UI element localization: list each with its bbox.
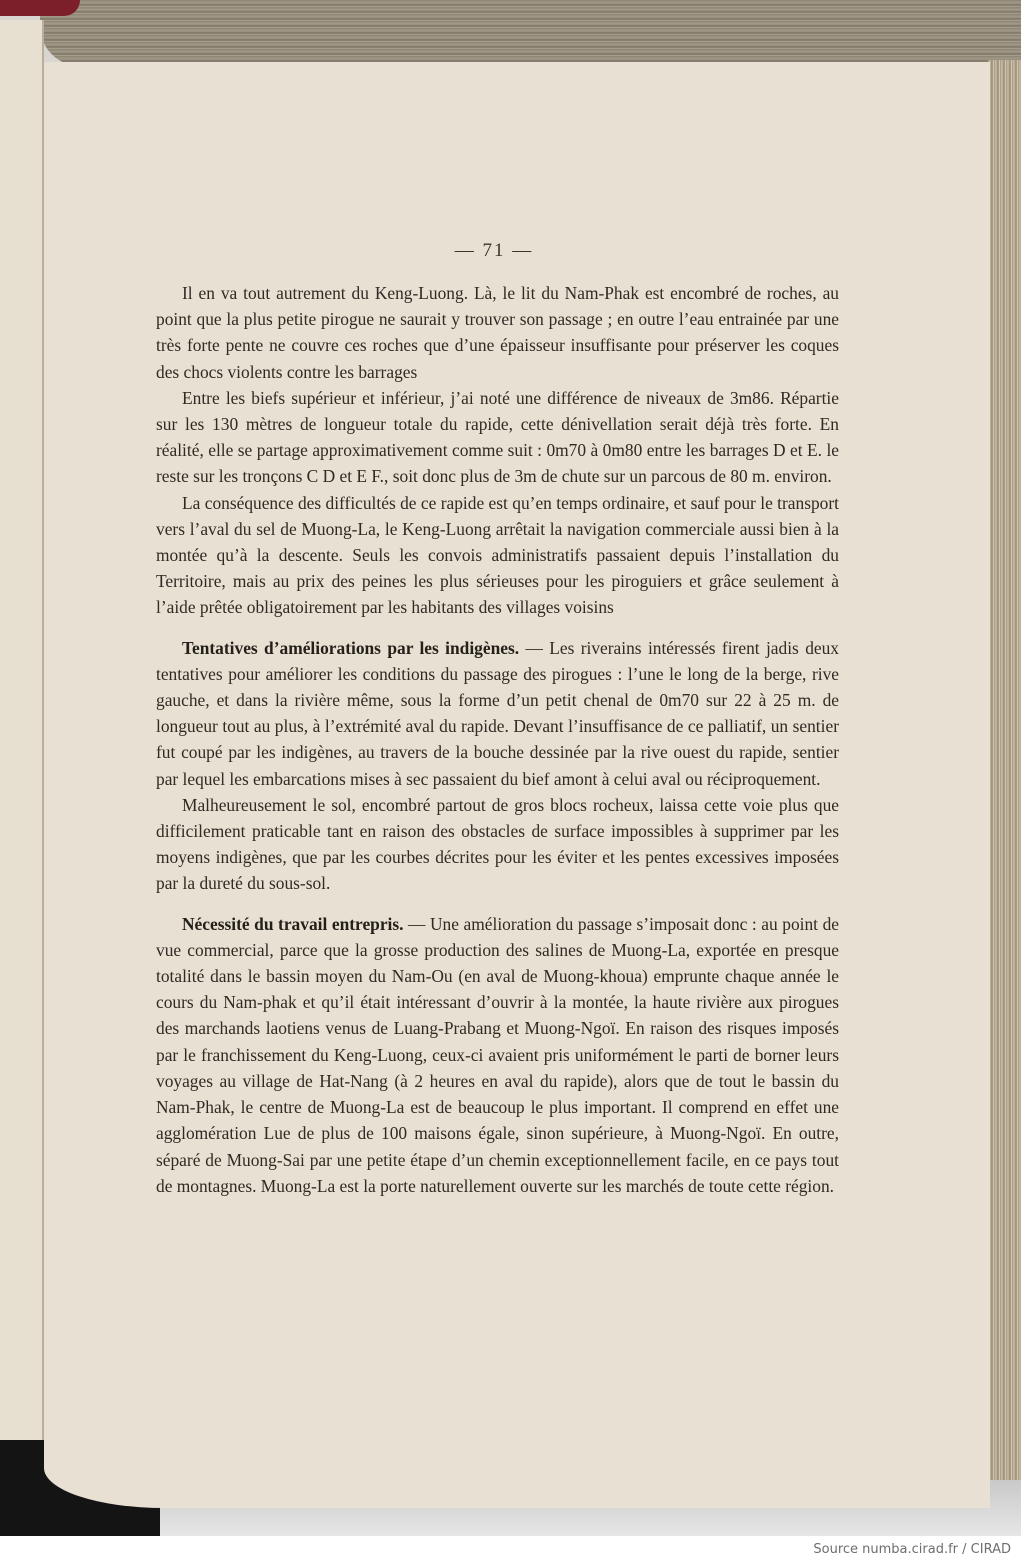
paragraph-text: — Les riverains intéressés firent jadis …: [156, 638, 839, 789]
paragraph-6: Nécessité du travail entrepris. — Une am…: [156, 911, 839, 1199]
section-heading: Tentatives d’améliorations par les indig…: [182, 638, 519, 658]
paragraph-text: — Une amélioration du passage s’imposait…: [156, 914, 839, 1196]
paragraph-3: La conséquence des difficultés de ce rap…: [156, 490, 839, 621]
page-stack-right-edge: [988, 60, 1021, 1510]
paragraph-5: Malheureusement le sol, encombré partout…: [156, 792, 839, 897]
red-bookmark: [0, 0, 80, 16]
page-stack-top-edge: [40, 0, 1021, 66]
paragraph-4: Tentatives d’améliorations par les indig…: [156, 635, 839, 792]
paragraph-text: La conséquence des difficultés de ce rap…: [156, 493, 839, 618]
facing-page-edge: [0, 20, 44, 1480]
book-scan: — 71 — Il en va tout autrement du Keng-L…: [0, 0, 1021, 1536]
paragraph-2: Entre les biefs supérieur et inférieur, …: [156, 385, 839, 490]
paragraph-text: Entre les biefs supérieur et inférieur, …: [156, 388, 839, 487]
paragraph-text: Malheureusement le sol, encombré partout…: [156, 795, 839, 894]
body-text: Il en va tout autrement du Keng-Luong. L…: [156, 280, 839, 1199]
section-heading: Nécessité du travail entrepris.: [182, 914, 404, 934]
page-number: — 71 —: [44, 240, 944, 262]
source-credit: Source numba.cirad.fr / CIRAD: [813, 1542, 1011, 1557]
paragraph-1: Il en va tout autrement du Keng-Luong. L…: [156, 280, 839, 385]
book-page: — 71 — Il en va tout autrement du Keng-L…: [44, 62, 990, 1508]
paragraph-text: Il en va tout autrement du Keng-Luong. L…: [156, 283, 839, 382]
